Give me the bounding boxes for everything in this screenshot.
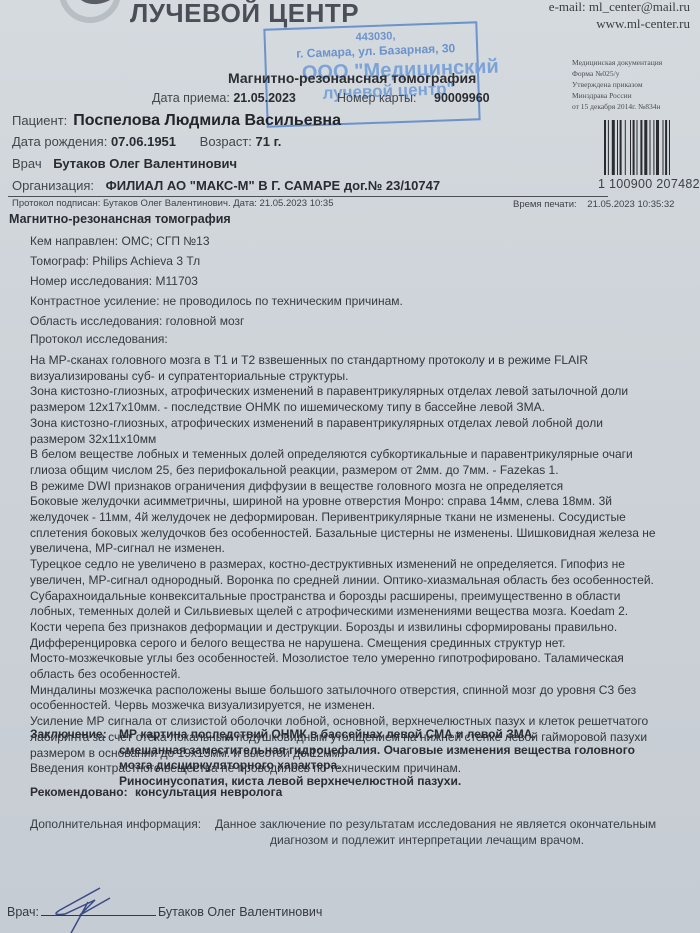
- protocol-line: Зона кистозно-глиозных, атрофических изм…: [30, 416, 690, 432]
- protocol-line: глиоза общим числом 25, без перифокально…: [30, 463, 690, 479]
- recommendation-label: Рекомендовано:: [30, 785, 128, 799]
- conclusion-line: смешанная заместительная гидроцефалия. О…: [119, 743, 635, 759]
- patient-dob-row: Дата рождения: 07.06.1951 Возраст: 71 г.: [12, 134, 281, 149]
- conclusion-line: мозга дисциркуляторного характера.: [119, 758, 635, 774]
- additional-info-text: Данное заключение по результатам исследо…: [215, 816, 656, 848]
- clinic-contacts: e-mail: ml_center@mail.ru www.ml-center.…: [549, 0, 690, 32]
- field-label: Номер исследования:: [30, 274, 152, 288]
- study-field: Номер исследования: M11703: [30, 274, 198, 288]
- field-value: головной мозг: [166, 314, 245, 328]
- doctor-signature-row: Врач:Бутаков Олег Валентинович: [7, 905, 322, 919]
- protocol-line: желудочек - 11мм, 4й желудочек не деформ…: [30, 510, 690, 526]
- protocol-line: На МР-сканах головного мозга в Т1 и Т2 в…: [30, 353, 690, 369]
- barcode-icon: [604, 120, 692, 175]
- protocol-line: В режиме DWI признаков ограничения диффу…: [30, 479, 690, 495]
- organization-row: Организация: ФИЛИАЛ АО "МАКС-М" В Г. САМ…: [12, 178, 440, 193]
- signature-doctor-label: Врач:: [7, 905, 39, 919]
- document-title: Магнитно-резонансная томография: [228, 70, 476, 86]
- form-note-line: Форма №025/у: [572, 68, 662, 79]
- divider: [8, 196, 608, 197]
- protocol-line: Кости черепа без признаков деформации и …: [30, 620, 690, 636]
- patient-name-row: Пациент:Поспелова Людмила Васильевна: [12, 112, 341, 130]
- patient-name-label: Пациент:: [12, 113, 67, 128]
- field-label: Томограф:: [30, 254, 89, 268]
- conclusion-text: МР картина последствий ОНМК в бассейнах …: [119, 727, 635, 790]
- print-time-value: 21.05.2023 10:35:32: [587, 199, 674, 210]
- additional-info-line: Данное заключение по результатам исследо…: [215, 816, 656, 832]
- protocol-line: сплетения боковых желудочков без особенн…: [30, 526, 690, 542]
- protocol-line: Миндалины мозжечка расположены выше боль…: [30, 683, 690, 699]
- signature-line: [41, 915, 156, 916]
- protocol-signed: Протокол подписан: Бутаков Олег Валентин…: [12, 198, 334, 209]
- protocol-line: лобных, теменных долей и Сильвиевых щеле…: [30, 604, 690, 620]
- clinic-brand-name: ЛУЧЕВОЙ ЦЕНТР: [130, 0, 359, 29]
- additional-info: Дополнительная информация: Данное заключ…: [30, 816, 201, 832]
- form-note-line: Утверждена приказом: [572, 79, 662, 90]
- clinic-email: e-mail: ml_center@mail.ru: [549, 0, 690, 15]
- protocol-line: Мосто-мозжечковые углы без особенностей.…: [30, 651, 690, 667]
- doctor-row: Врач Бутаков Олег Валентинович: [12, 156, 237, 171]
- barcode-number: 1 100900 207482: [598, 177, 700, 191]
- print-time: Время печати: 21.05.2023 10:35:32: [513, 199, 674, 210]
- protocol-line: визуализированы суб- и супратенториальны…: [30, 369, 690, 385]
- age-label: Возраст:: [200, 134, 252, 149]
- medical-report-page: ЛУЧЕВОЙ ЦЕНТР e-mail: ml_center@mail.ru …: [0, 0, 700, 933]
- signature-doctor-name: Бутаков Олег Валентинович: [158, 905, 322, 919]
- study-field: Кем направлен: ОМС; СГП №13: [30, 234, 210, 248]
- form-note: Медицинская документация Форма №025/у Ут…: [572, 57, 662, 112]
- protocol-line: область без особенностей.: [30, 667, 690, 683]
- card-number-label: Номер карты:: [337, 91, 417, 105]
- additional-info-line: диагнозом и подлежит интерпретации лечащ…: [215, 832, 656, 848]
- protocol-line: Турецкое седло не увеличено в размерах, …: [30, 557, 690, 573]
- clinic-website: www.ml-center.ru: [549, 15, 690, 32]
- protocol-line: Дифференцировка серого и белого вещества…: [30, 636, 690, 652]
- recommendation-value: консультация невролога: [135, 785, 282, 799]
- protocol-line: В белом веществе лобных и теменных долей…: [30, 447, 690, 463]
- form-note-line: Медицинская документация: [572, 57, 662, 68]
- print-time-label: Время печати:: [513, 199, 577, 210]
- stamp-postcode: 443030,: [355, 30, 395, 43]
- recommendation: Рекомендовано: консультация невролога: [30, 785, 282, 799]
- field-label: Область исследования:: [30, 314, 162, 328]
- dob-value: 07.06.1951: [111, 134, 176, 149]
- card-number: Номер карты: 90009960: [337, 91, 490, 105]
- visit-date: Дата приема: 21.05.2023: [152, 91, 296, 105]
- study-field: Томограф: Philips Achieva 3 Тл: [30, 254, 200, 268]
- conclusion-label: Заключение:: [30, 727, 119, 790]
- conclusion-line: МР картина последствий ОНМК в бассейнах …: [119, 727, 635, 743]
- protocol-label: Протокол исследования:: [30, 332, 168, 346]
- field-value: M11703: [155, 274, 197, 288]
- protocol-line: увеличена, МР-сигнал не изменен.: [30, 541, 690, 557]
- field-value: не проводилось по техническим причинам.: [163, 294, 403, 308]
- protocol-text: На МР-сканах головного мозга в Т1 и Т2 в…: [30, 353, 690, 777]
- field-label: Кем направлен:: [30, 234, 118, 248]
- field-value: ОМС; СГП №13: [121, 234, 209, 248]
- organization-label: Организация:: [12, 178, 94, 193]
- protocol-line: размером 12x17x10мм. - последствие ОНМК …: [30, 400, 690, 416]
- organization-value: ФИЛИАЛ АО "МАКС-М" В Г. САМАРЕ дог.№ 23/…: [106, 178, 440, 193]
- visit-date-value: 21.05.2023: [233, 91, 296, 105]
- field-value: Philips Achieva 3 Тл: [92, 254, 200, 268]
- study-field: Контрастное усиление: не проводилось по …: [30, 294, 403, 308]
- conclusion: Заключение: МР картина последствий ОНМК …: [30, 727, 635, 790]
- protocol-line: Субарахноидальные конвекситальные простр…: [30, 589, 690, 605]
- patient-name: Поспелова Людмила Васильевна: [73, 112, 341, 129]
- doctor-label: Врач: [12, 156, 42, 171]
- dob-label: Дата рождения:: [12, 134, 107, 149]
- study-section-title: Магнитно-резонансная томография: [9, 212, 231, 226]
- protocol-line: увеличен, МР-сигнал однородный. Воронка …: [30, 573, 690, 589]
- additional-info-label: Дополнительная информация:: [30, 817, 201, 831]
- protocol-line: Боковые желудочки асимметричны, шириной …: [30, 494, 690, 510]
- card-number-value: 90009960: [434, 91, 490, 105]
- form-note-line: от 15 декабря 2014г. №834н: [572, 101, 662, 112]
- protocol-line: Зона кистозно-глиозных, атрофических изм…: [30, 384, 690, 400]
- field-label: Контрастное усиление:: [30, 294, 160, 308]
- doctor-name: Бутаков Олег Валентинович: [53, 156, 237, 171]
- protocol-line: особенностей. Червь мозжечка визуализиру…: [30, 698, 690, 714]
- protocol-line: размером 32x11x10мм: [30, 432, 690, 448]
- form-note-line: Минздрава России: [572, 90, 662, 101]
- study-field: Область исследования: головной мозг: [30, 314, 244, 328]
- visit-date-label: Дата приема:: [152, 91, 230, 105]
- age-value: 71 г.: [256, 134, 282, 149]
